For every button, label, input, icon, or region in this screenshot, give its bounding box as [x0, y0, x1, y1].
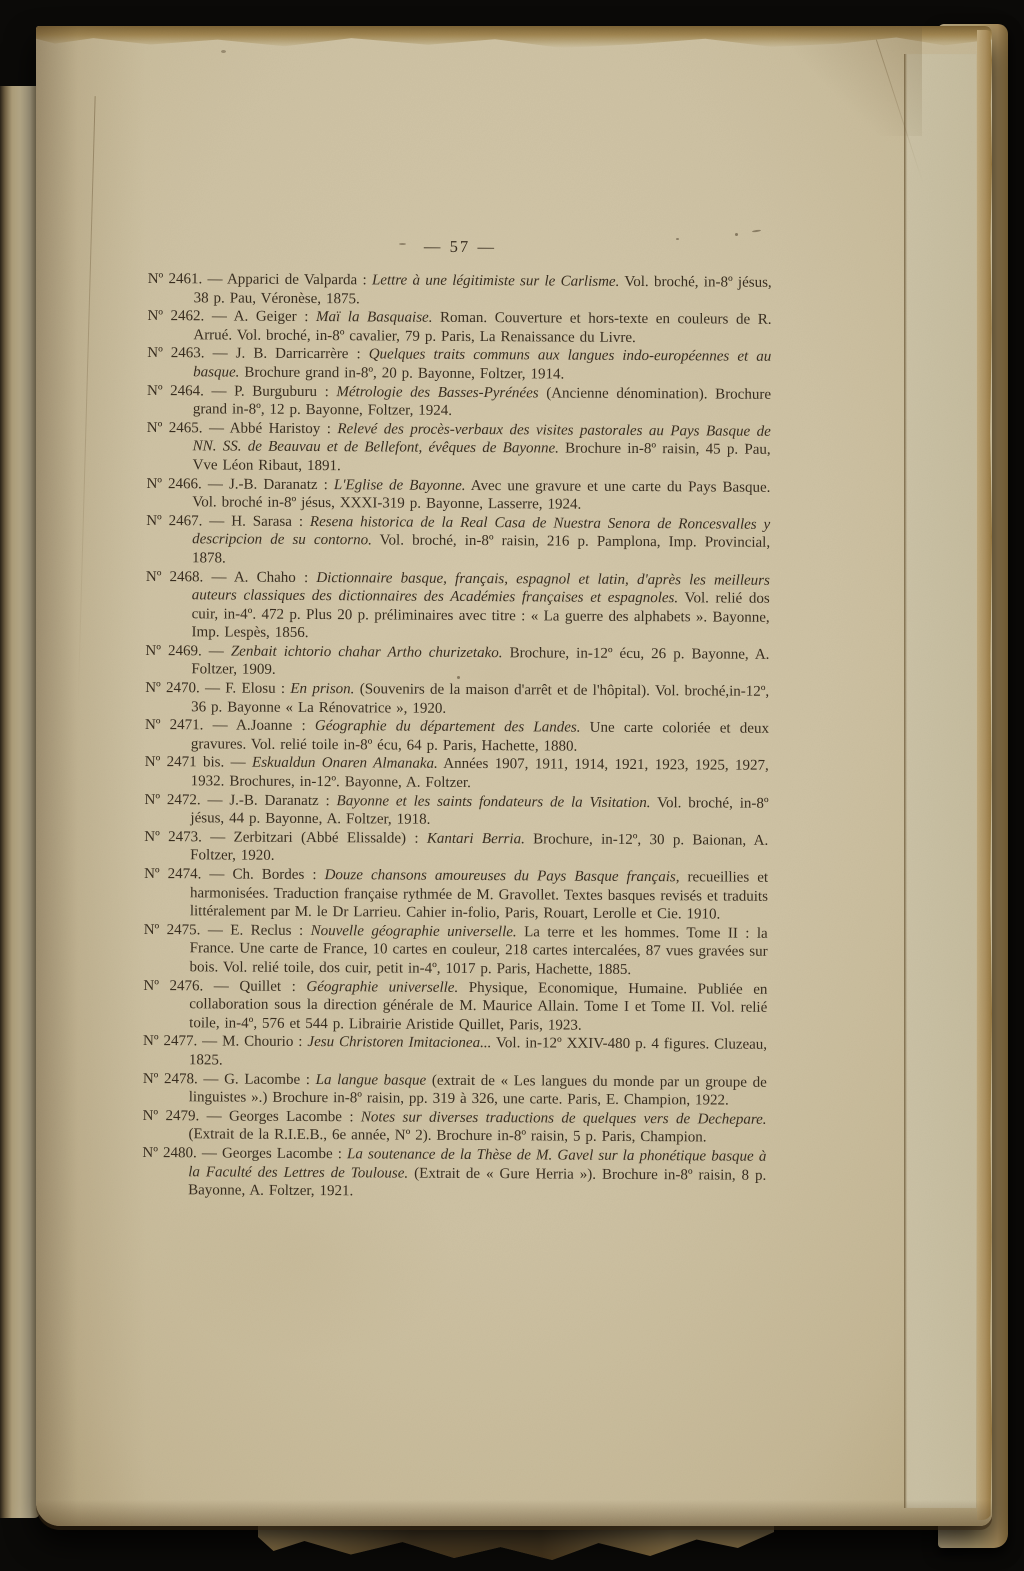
- entry-text-roman: Nº 2470. — F. Elosu :: [145, 680, 290, 697]
- entry-text-roman: Brochure grand in-8º, 20 p. Bayonne, Fol…: [239, 365, 564, 383]
- bibliography-entry: Nº 2466. — J.-B. Daranatz : L'Eglise de …: [146, 475, 770, 516]
- entry-text-roman: Nº 2464. — P. Burguburu :: [147, 383, 336, 400]
- entry-text-roman: Nº 2480. — Georges Lacombe :: [142, 1145, 347, 1162]
- entry-text-roman: Nº 2471. — A.Joanne :: [145, 717, 315, 734]
- entry-text-roman: Nº 2463. — J. B. Darricarrère :: [147, 345, 369, 362]
- entry-text-roman: Nº 2466. — J.-B. Daranatz :: [146, 476, 334, 493]
- bibliography-entry: Nº 2475. — E. Reclus : Nouvelle géograph…: [143, 921, 767, 981]
- page-number: — 57 —: [148, 234, 772, 260]
- bibliography-entry: Nº 2461. — Apparici de Valparda : Lettre…: [148, 270, 772, 311]
- paper-speck: [221, 50, 226, 53]
- entry-title-italic: Zenbait ichtorio chahar Artho churizetak…: [231, 643, 503, 661]
- entry-text-roman: Nº 2478. — G. Lacombe :: [143, 1071, 316, 1088]
- entry-text-roman: Nº 2461. — Apparici de Valparda :: [148, 271, 372, 288]
- bibliography-entry: Nº 2480. — Georges Lacombe : La soutenan…: [142, 1144, 766, 1204]
- page-fore-edge-zone: [904, 54, 976, 1508]
- entry-text-roman: Nº 2474. — Ch. Bordes :: [144, 866, 325, 883]
- entry-text-roman: Nº 2472. — J.-B. Daranatz :: [144, 792, 336, 809]
- bibliography-entry: Nº 2469. — Zenbait ichtorio chahar Artho…: [145, 642, 769, 683]
- entry-list: Nº 2461. — Apparici de Valparda : Lettre…: [142, 270, 772, 1203]
- paper-speck: [752, 229, 761, 232]
- entry-text-roman: Nº 2475. — E. Reclus :: [144, 922, 311, 939]
- bibliography-entry: Nº 2465. — Abbé Haristoy : Relevé des pr…: [147, 419, 771, 479]
- entry-title-italic: Géographie du département des Landes.: [315, 718, 581, 736]
- page-top-right-fold: [772, 26, 922, 136]
- page-bottom-shadow: [36, 1500, 992, 1526]
- bibliography-entry: Nº 2467. — H. Sarasa : Resena historica …: [146, 512, 770, 572]
- entry-title-italic: Lettre à une légitimiste sur le Carlisme…: [372, 272, 619, 290]
- entry-title-italic: Douze chansons amoureuses du Pays Basque…: [325, 867, 680, 885]
- bibliography-entry: Nº 2473. — Zerbitzari (Abbé Elissalde) :…: [144, 828, 768, 869]
- entry-text-roman: Nº 2471 bis. —: [145, 754, 252, 771]
- bibliography-entry: Nº 2464. — P. Burguburu : Métrologie des…: [147, 382, 771, 423]
- entry-title-italic: Métrologie des Basses-Pyrénées: [336, 384, 538, 401]
- entry-title-italic: Jesu Christoren Imitacionea...: [307, 1034, 491, 1051]
- bibliography-entry: Nº 2472. — J.-B. Daranatz : Bayonne et l…: [144, 791, 768, 832]
- entry-text-roman: Nº 2476. — Quillet :: [143, 978, 306, 995]
- entry-text-roman: Nº 2467. — H. Sarasa :: [146, 513, 310, 530]
- entry-title-italic: Kantari Berria.: [427, 831, 525, 848]
- bibliography-entry: Nº 2462. — A. Geiger : Maï la Basquaise.…: [147, 307, 771, 348]
- entry-text-roman: Nº 2469. —: [145, 643, 231, 660]
- bibliography-entry: Nº 2476. — Quillet : Géographie universe…: [143, 977, 767, 1037]
- entry-text-roman: Nº 2468. — A. Chaho :: [146, 568, 317, 585]
- entry-text-roman: Nº 2479. — Georges Lacombe :: [143, 1108, 361, 1125]
- entry-text-roman: Nº 2465. — Abbé Haristoy :: [147, 420, 338, 437]
- paper-speck: [735, 233, 738, 236]
- entry-text-roman: Nº 2462. — A. Geiger :: [147, 308, 316, 325]
- entry-title-italic: Notes sur diverses traductions de quelqu…: [361, 1109, 767, 1127]
- entry-text-roman: (Extrait de la R.I.E.B., 6e année, Nº 2)…: [188, 1127, 706, 1146]
- bibliography-entry: Nº 2471. — A.Joanne : Géographie du dépa…: [145, 716, 769, 757]
- left-page-edges: [0, 86, 40, 1518]
- bibliography-entry: Nº 2470. — F. Elosu : En prison. (Souven…: [145, 679, 769, 720]
- entry-title-italic: Nouvelle géographie universelle.: [311, 923, 517, 940]
- entry-title-italic: En prison.: [290, 681, 354, 697]
- bibliography-entry: Nº 2477. — M. Chourio : Jesu Christoren …: [143, 1032, 767, 1073]
- bibliography-entry: Nº 2474. — Ch. Bordes : Douze chansons a…: [144, 865, 768, 925]
- entry-title-italic: Bayonne et les saints fondateurs de la V…: [337, 793, 651, 811]
- bibliography-entry: Nº 2479. — Georges Lacombe : Notes sur d…: [142, 1107, 766, 1148]
- page-content: — 57 — Nº 2461. — Apparici de Valparda :…: [142, 234, 772, 1203]
- bibliography-entry: Nº 2471 bis. — Eskualdun Onaren Almanaka…: [145, 753, 769, 794]
- bibliography-entry: Nº 2468. — A. Chaho : Dictionnaire basqu…: [146, 567, 770, 645]
- entry-title-italic: Maï la Basquaise.: [316, 309, 433, 326]
- entry-title-italic: Géographie universelle.: [306, 979, 458, 996]
- entry-title-italic: Eskualdun Onaren Almanaka.: [252, 755, 438, 772]
- book-page: — 57 — Nº 2461. — Apparici de Valparda :…: [36, 26, 992, 1526]
- bibliography-entry: Nº 2463. — J. B. Darricarrère : Quelques…: [147, 344, 771, 385]
- entry-text-roman: Nº 2473. — Zerbitzari (Abbé Elissalde) :: [144, 829, 427, 847]
- entry-title-italic: La langue basque: [316, 1072, 427, 1089]
- scanned-book-photo: — 57 — Nº 2461. — Apparici de Valparda :…: [0, 0, 1024, 1571]
- entry-text-roman: Nº 2477. — M. Chourio :: [143, 1033, 307, 1050]
- bibliography-entry: Nº 2478. — G. Lacombe : La langue basque…: [143, 1070, 767, 1111]
- page-right-torn-edge: [977, 30, 992, 1520]
- entry-title-italic: L'Eglise de Bayonne.: [334, 477, 466, 494]
